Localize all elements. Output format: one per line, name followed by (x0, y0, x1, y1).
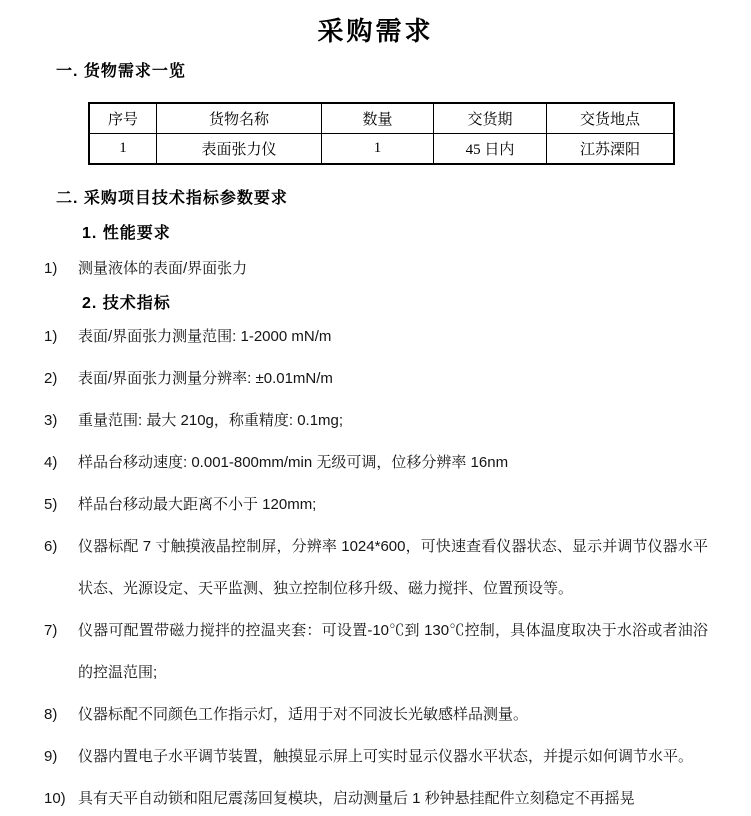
column-header-delivery-time: 交货期 (434, 103, 547, 134)
subsection-heading-performance: 1. 性能要求 (82, 223, 751, 244)
list-item-text: 测量液体的表面/界面张力 (78, 248, 708, 290)
list-item-text: 仪器标配 7 寸触摸液晶控制屏，分辨率 1024*600，可快速查看仪器状态、显… (78, 526, 708, 610)
section-heading-goods-overview: 一. 货物需求一览 (56, 58, 751, 81)
list-item-text: 仪器标配不同颜色工作指示灯，适用于对不同波长光敏感样品测量。 (78, 694, 708, 736)
column-header-name: 货物名称 (157, 103, 322, 134)
list-item: 7) 仪器可配置带磁力搅拌的控温夹套：可设置-10℃到 130℃控制，具体温度取… (44, 610, 708, 694)
cell-goods-name: 表面张力仪 (157, 134, 322, 165)
list-item: 3) 重量范围: 最大 210g，称重精度: 0.1mg; (44, 400, 708, 442)
list-item-number: 1) (44, 316, 78, 358)
list-item: 2) 表面/界面张力测量分辨率: ±0.01mN/m (44, 358, 708, 400)
list-item: 1) 表面/界面张力测量范围: 1-2000 mN/m (44, 316, 708, 358)
list-item-number: 1) (44, 248, 78, 290)
list-item: 5) 样品台移动最大距离不小于 120mm; (44, 484, 708, 526)
cell-seq: 1 (89, 134, 157, 165)
cell-quantity: 1 (322, 134, 434, 165)
list-item-text: 仪器可配置带磁力搅拌的控温夹套：可设置-10℃到 130℃控制，具体温度取决于水… (78, 610, 708, 694)
list-item: 6) 仪器标配 7 寸触摸液晶控制屏，分辨率 1024*600，可快速查看仪器状… (44, 526, 708, 610)
cell-delivery-place: 江苏溧阳 (547, 134, 675, 165)
list-item-number: 8) (44, 694, 78, 736)
column-header-quantity: 数量 (322, 103, 434, 134)
list-item-text: 表面/界面张力测量范围: 1-2000 mN/m (78, 316, 708, 358)
list-item-number: 7) (44, 610, 78, 652)
list-item: 4) 样品台移动速度: 0.001-800mm/min 无级可调，位移分辨率 1… (44, 442, 708, 484)
list-item-number: 9) (44, 736, 78, 778)
section-heading-tech-requirements: 二. 采购项目技术指标参数要求 (56, 185, 751, 208)
goods-table: 序号 货物名称 数量 交货期 交货地点 1 表面张力仪 1 45 日内 江苏溧阳 (88, 102, 675, 165)
list-item-text: 具有天平自动锁和阻尼震荡回复模块，启动测量后 1 秒钟悬挂配件立刻稳定不再摇晃 (78, 778, 708, 816)
list-item: 10) 具有天平自动锁和阻尼震荡回复模块，启动测量后 1 秒钟悬挂配件立刻稳定不… (44, 778, 708, 816)
list-item: 9) 仪器内置电子水平调节装置，触摸显示屏上可实时显示仪器水平状态，并提示如何调… (44, 736, 708, 778)
list-item-number: 10) (44, 778, 78, 816)
column-header-seq: 序号 (89, 103, 157, 134)
list-item-number: 5) (44, 484, 78, 526)
goods-table-header-row: 序号 货物名称 数量 交货期 交货地点 (89, 103, 674, 134)
list-item: 8) 仪器标配不同颜色工作指示灯，适用于对不同波长光敏感样品测量。 (44, 694, 708, 736)
list-item-text: 样品台移动最大距离不小于 120mm; (78, 484, 708, 526)
cell-delivery-time: 45 日内 (434, 134, 547, 165)
column-header-delivery-place: 交货地点 (547, 103, 675, 134)
list-item-number: 2) (44, 358, 78, 400)
list-item-text: 重量范围: 最大 210g，称重精度: 0.1mg; (78, 400, 708, 442)
tech-specs-list: 1) 表面/界面张力测量范围: 1-2000 mN/m 2) 表面/界面张力测量… (44, 316, 708, 816)
list-item-text: 表面/界面张力测量分辨率: ±0.01mN/m (78, 358, 708, 400)
list-item-number: 3) (44, 400, 78, 442)
list-item-number: 6) (44, 526, 78, 568)
list-item: 1) 测量液体的表面/界面张力 (44, 248, 708, 290)
subsection-heading-tech-specs: 2. 技术指标 (82, 293, 751, 314)
list-item-text: 仪器内置电子水平调节装置，触摸显示屏上可实时显示仪器水平状态，并提示如何调节水平… (78, 736, 708, 778)
table-row: 1 表面张力仪 1 45 日内 江苏溧阳 (89, 134, 674, 165)
list-item-number: 4) (44, 442, 78, 484)
page-title: 采购需求 (0, 11, 751, 48)
performance-list: 1) 测量液体的表面/界面张力 (44, 248, 708, 290)
list-item-text: 样品台移动速度: 0.001-800mm/min 无级可调，位移分辨率 16nm (78, 442, 708, 484)
